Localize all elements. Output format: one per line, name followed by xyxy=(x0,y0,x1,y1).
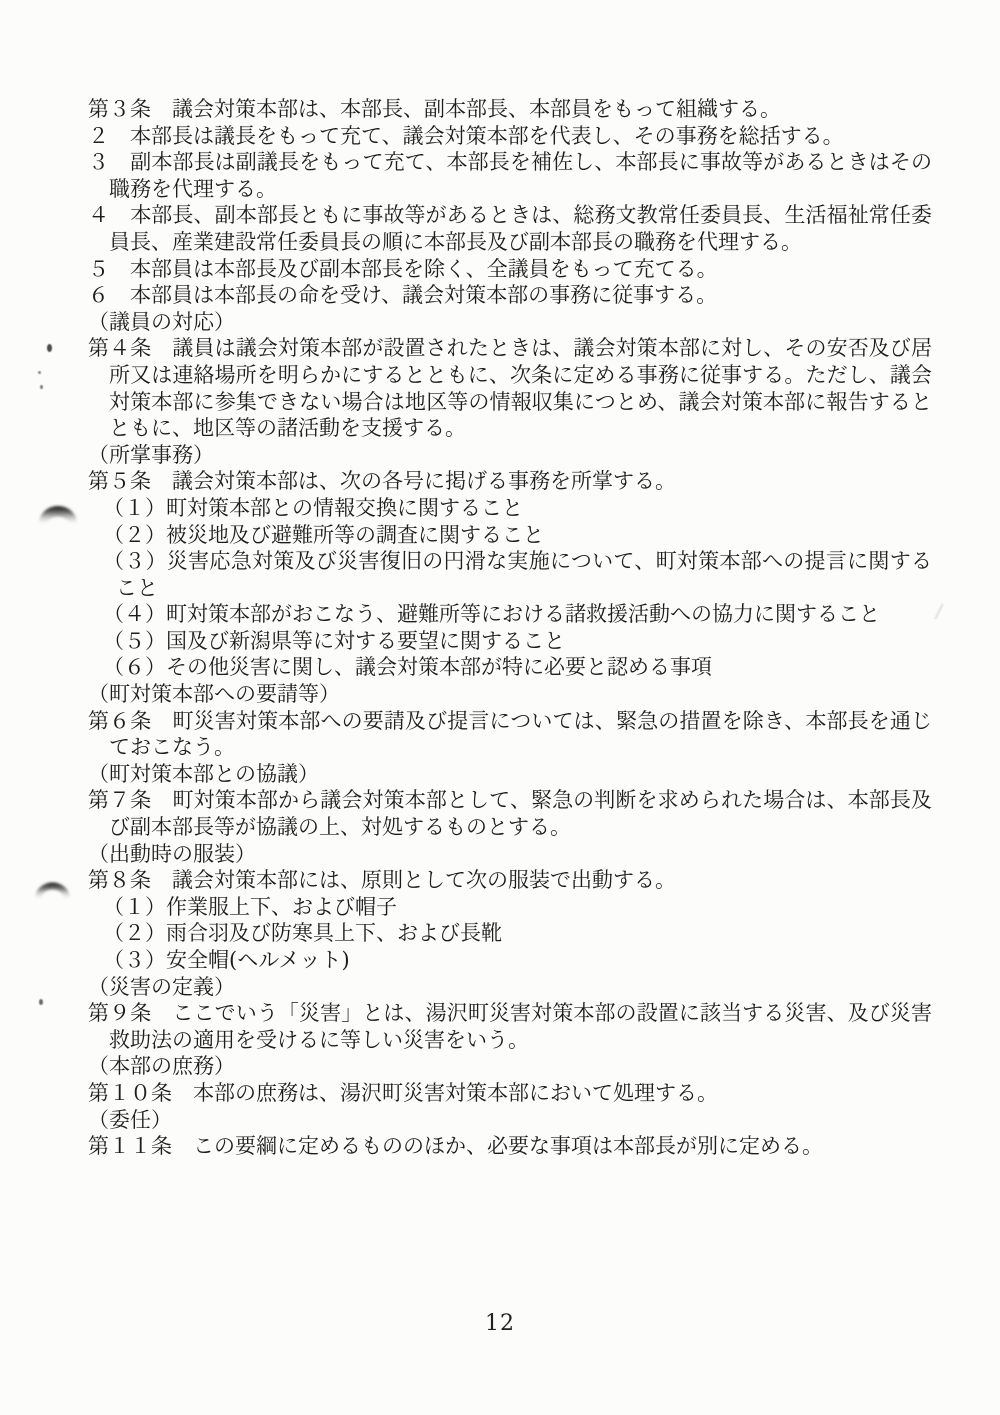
list-item: （４）町対策本部がおこなう、避難所等における諸救援活動への協力に関すること xyxy=(103,601,932,628)
article-paragraph: 第６条 町災害対策本部への要請及び提言については、緊急の措置を除き、本部長を通じ… xyxy=(88,708,932,761)
sub-paragraph: ３ 副本部長は副議長をもって充て、本部長を補佐し、本部長に事故等があるときはその… xyxy=(88,149,932,202)
scanned-document-page: 第３条 議会対策本部は、本部長、副本部長、本部員をもって組織する。２ 本部長は議… xyxy=(0,0,1000,1415)
article-paragraph: 第８条 議会対策本部には、原則として次の服装で出動する。 xyxy=(88,867,932,894)
scan-speck xyxy=(39,999,43,1005)
section-heading: （所掌事務） xyxy=(88,442,932,469)
section-heading: （委任） xyxy=(88,1107,932,1134)
scan-speck xyxy=(38,371,41,374)
section-heading: （出動時の服装） xyxy=(88,841,932,868)
scan-artifact-punch-shadow-top xyxy=(36,487,82,527)
page-number: 12 xyxy=(0,1311,1000,1336)
list-item: （６）その他災害に関し、議会対策本部が特に必要と認める事項 xyxy=(103,654,932,681)
sub-paragraph: ５ 本部員は本部長及び副本部長を除く、全議員をもって充てる。 xyxy=(88,256,932,283)
article-paragraph: 第３条 議会対策本部は、本部長、副本部長、本部員をもって組織する。 xyxy=(88,96,932,123)
list-item: （２）被災地及び避難所等の調査に関すること xyxy=(103,522,932,549)
list-item: （３）災害応急対策及び災害復旧の円滑な実施について、町対策本部への提言に関するこ… xyxy=(103,548,932,601)
list-item: （１）町対策本部との情報交換に関すること xyxy=(103,495,932,522)
article-paragraph: 第１０条 本部の庶務は、湯沢町災害対策本部において処理する。 xyxy=(88,1080,932,1107)
section-heading: （議員の対応） xyxy=(88,309,932,336)
scan-faint-slash-mark xyxy=(934,603,943,619)
section-heading: （町対策本部との協議） xyxy=(88,761,932,788)
list-item: （２）雨合羽及び防寒具上下、および長靴 xyxy=(103,920,932,947)
scan-speck xyxy=(47,344,52,352)
document-body: 第３条 議会対策本部は、本部長、副本部長、本部員をもって組織する。２ 本部長は議… xyxy=(88,96,932,1160)
list-item: （３）安全帽(ヘルメット) xyxy=(103,947,932,974)
section-heading: （災害の定義） xyxy=(88,974,932,1001)
sub-paragraph: ４ 本部長、副本部長ともに事故等があるときは、総務文教常任委員長、生活福祉常任委… xyxy=(88,202,932,255)
section-heading: （町対策本部への要請等） xyxy=(88,681,932,708)
sub-paragraph: ２ 本部長は議長をもって充て、議会対策本部を代表し、その事務を総括する。 xyxy=(88,123,932,150)
article-paragraph: 第１１条 この要綱に定めるもののほか、必要な事項は本部長が別に定める。 xyxy=(88,1133,932,1160)
article-paragraph: 第９条 ここでいう「災害」とは、湯沢町災害対策本部の設置に該当する災害、及び災害… xyxy=(88,1000,932,1053)
article-paragraph: 第７条 町対策本部から議会対策本部として、緊急の判断を求められた場合は、本部長及… xyxy=(88,787,932,840)
article-paragraph: 第４条 議員は議会対策本部が設置されたときは、議会対策本部に対し、その安否及び居… xyxy=(88,335,932,441)
list-item: （１）作業服上下、および帽子 xyxy=(103,894,932,921)
section-heading: （本部の庶務） xyxy=(88,1053,932,1080)
scan-speck xyxy=(40,385,43,389)
article-paragraph: 第５条 議会対策本部は、次の各号に掲げる事務を所掌する。 xyxy=(88,468,932,495)
list-item: （５）国及び新潟県等に対する要望に関すること xyxy=(103,628,932,655)
scan-artifact-punch-shadow-bottom xyxy=(33,867,75,903)
sub-paragraph: ６ 本部員は本部長の命を受け、議会対策本部の事務に従事する。 xyxy=(88,282,932,309)
